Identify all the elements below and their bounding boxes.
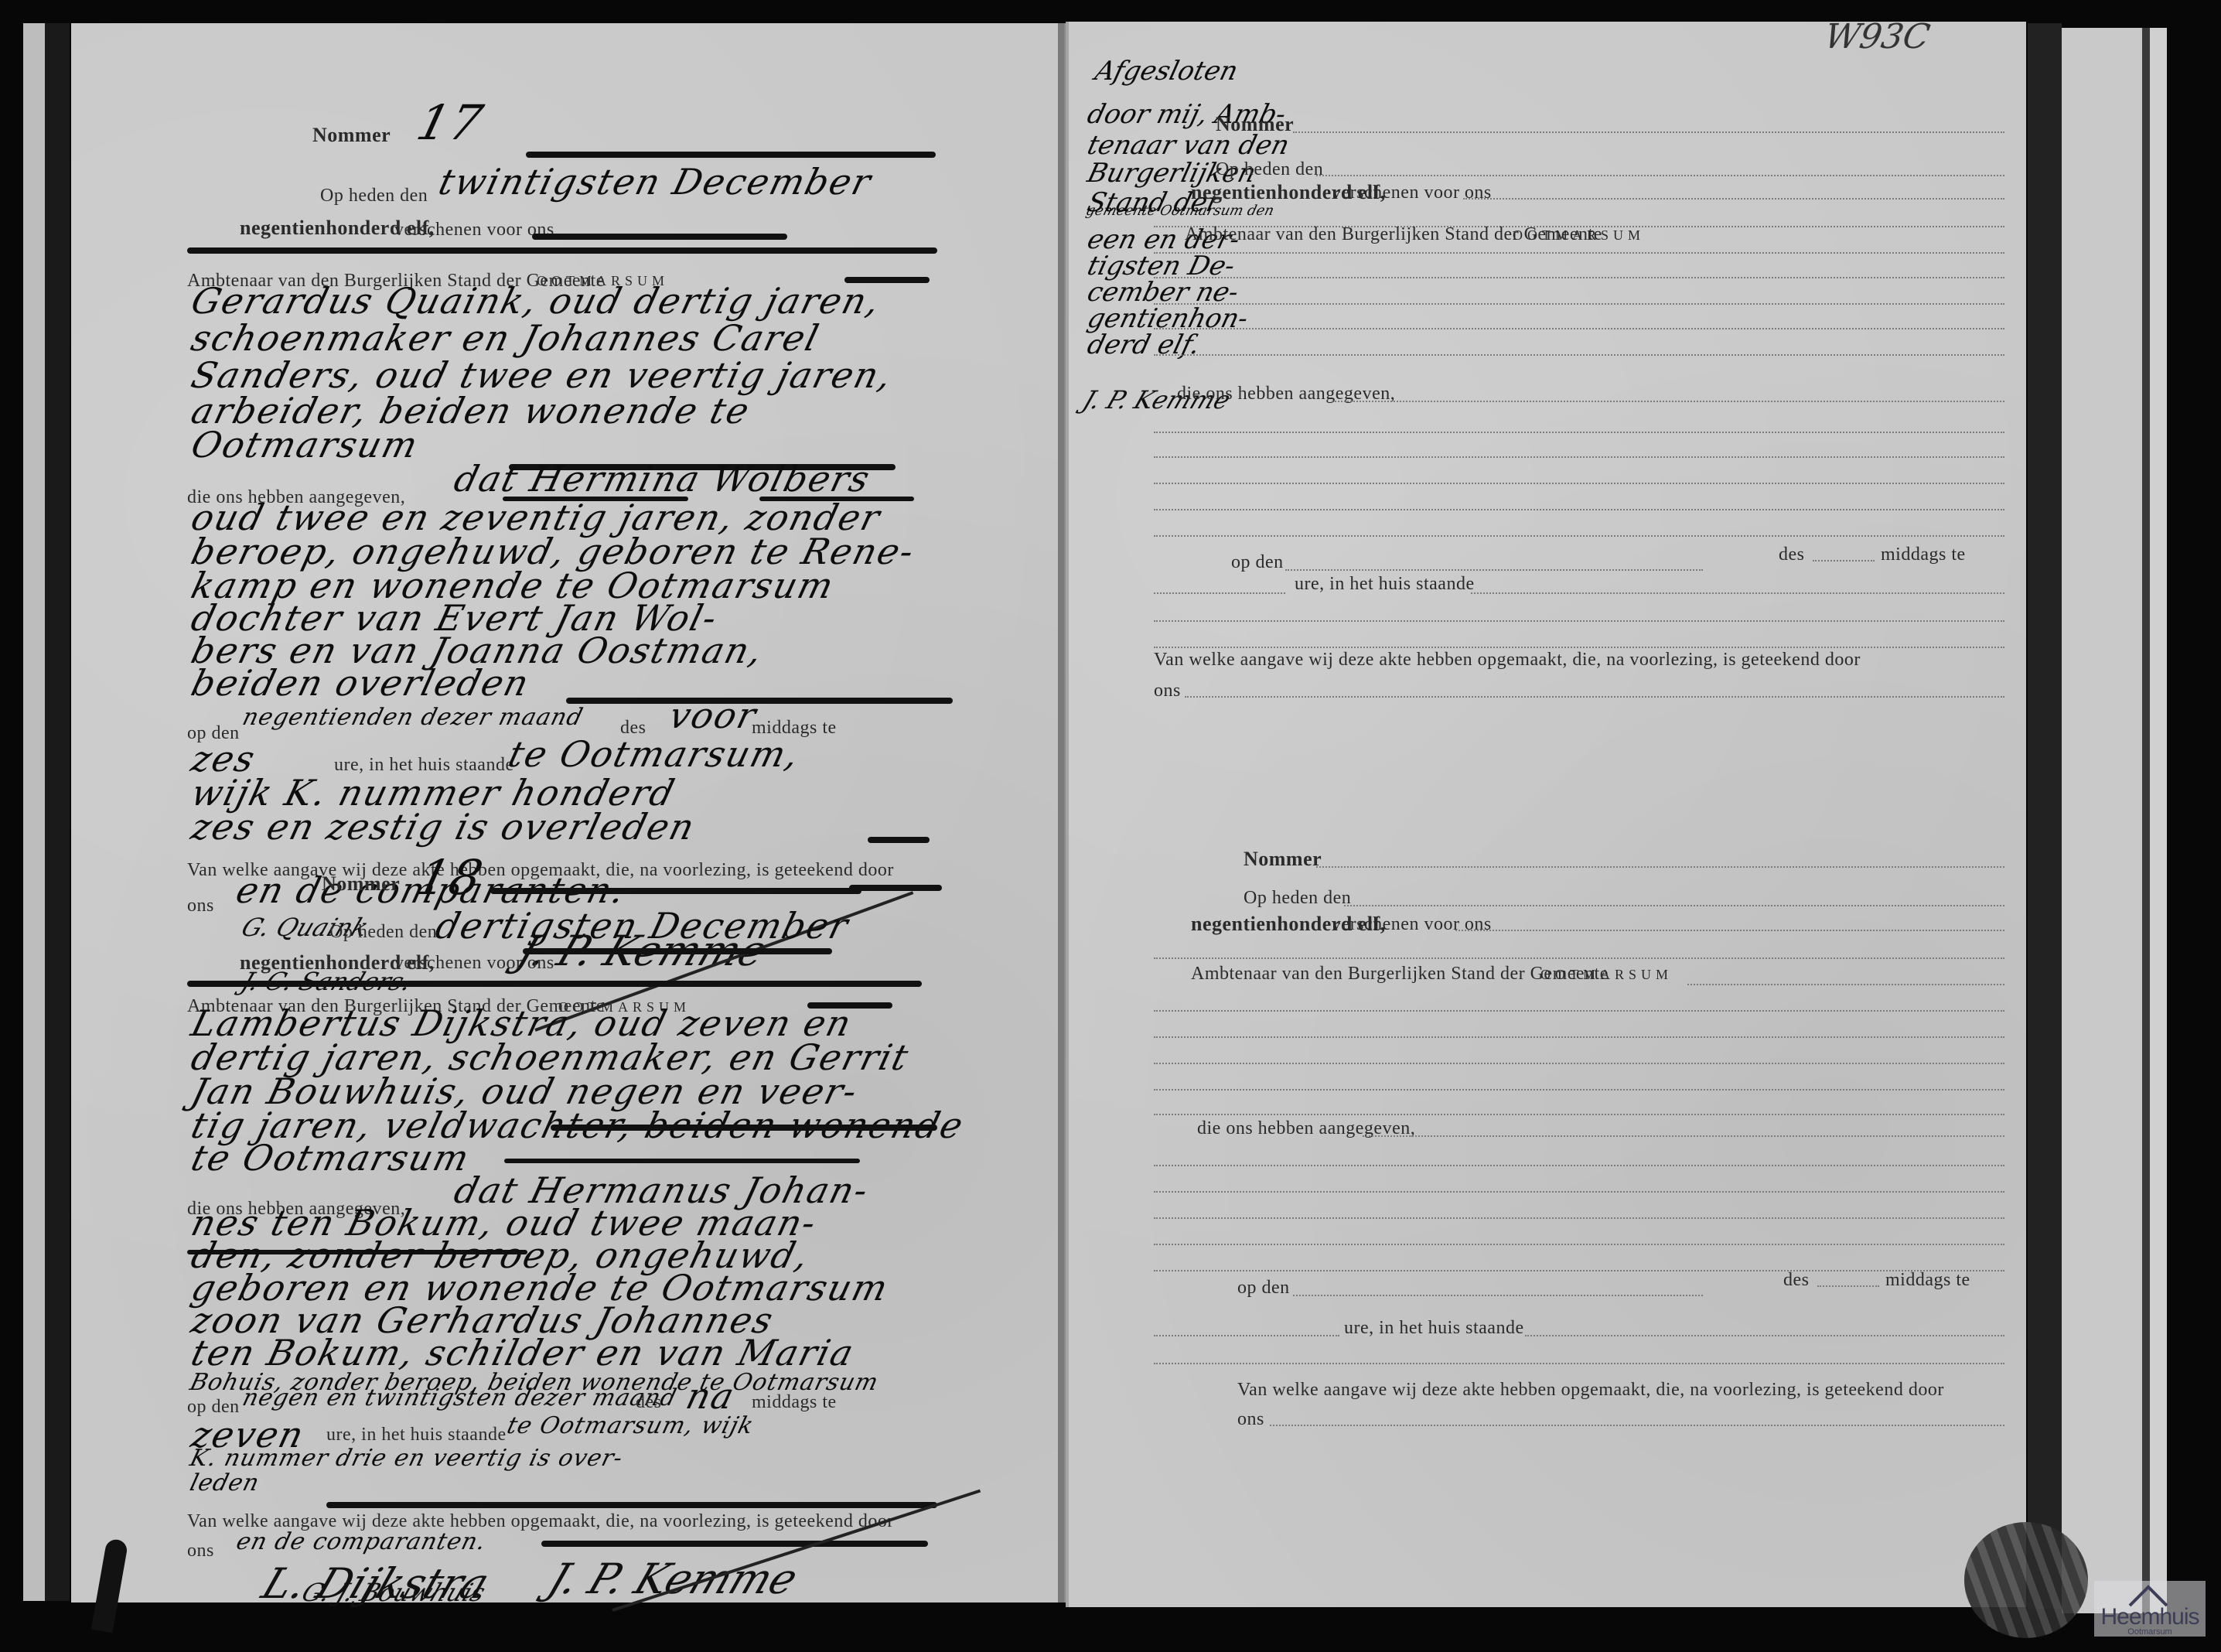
ons-label: ons	[187, 896, 214, 916]
op-heden-label: Op heden den	[329, 922, 437, 943]
fill-field	[1154, 1165, 2004, 1166]
name-underline	[504, 1159, 860, 1163]
fill-rule	[523, 948, 832, 954]
ure-label: ure, in het huis staande	[1295, 574, 1475, 595]
declarant-line: schoenmaker en Johannes Carel	[187, 317, 824, 359]
declarant-line: Ootmarsum	[187, 424, 423, 466]
hour-field	[1154, 1335, 1339, 1336]
fill-field	[1154, 456, 2004, 458]
middags-label: middags te	[1881, 544, 1966, 565]
death-day: negen en twintigsten dezer maand	[240, 1384, 680, 1411]
death-place: te Ootmarsum, wijk	[504, 1412, 756, 1439]
op-heden-label: Op heden den	[1216, 159, 1323, 180]
fill-rule	[490, 888, 861, 894]
op-heden-label: Op heden den	[320, 186, 428, 206]
verschenen-label: verschenen voor ons	[394, 953, 554, 974]
fill-field	[1154, 354, 2004, 356]
des-label: des	[636, 1392, 662, 1413]
nommer-label: Nommer	[312, 124, 391, 147]
fill-field	[1154, 1036, 2004, 1038]
fill-field	[1154, 647, 2004, 648]
verschenen-label: verschenen voor ons	[1332, 914, 1492, 935]
ons-label: ons	[1154, 681, 1181, 701]
record-date: dertigsten December	[432, 905, 854, 947]
date-field	[1293, 1295, 1703, 1296]
half-field	[1817, 1285, 1879, 1287]
op-heden-label: Op heden den	[1244, 888, 1351, 909]
op-den-label: op den	[1237, 1278, 1290, 1299]
fill-rule	[551, 1125, 937, 1131]
fill-field	[1154, 328, 2004, 329]
heemhuis-watermark: Heemhuis Ootmarsum	[2094, 1581, 2206, 1637]
fill-rule	[187, 981, 922, 987]
hour-field	[1154, 592, 1285, 594]
binding-edge-left	[23, 23, 46, 1601]
death-place: te Ootmarsum,	[504, 733, 804, 775]
date-field	[1316, 175, 2004, 176]
van-welke-label: Van welke aangave wij deze akte hebben o…	[1154, 650, 1861, 671]
scanned-register-spread: Nommer 17 Op heden den twintigsten Decem…	[0, 0, 2221, 1652]
middags-label: middags te	[752, 1392, 837, 1413]
fill-rule	[526, 152, 936, 158]
left-page: Nommer 17 Op heden den twintigsten Decem…	[71, 23, 1066, 1603]
deceased-line: ten Bokum, schilder en van Maria	[187, 1332, 859, 1374]
death-place-line: K. nummer drie en veertig is over-	[187, 1445, 626, 1472]
fill-field	[1154, 1010, 2004, 1012]
fill-field	[1154, 1217, 2004, 1219]
place-field	[1525, 1335, 2004, 1336]
signed-by: en de comparanten.	[234, 1528, 489, 1555]
fill-field	[1154, 1114, 2004, 1115]
binding-shadow-left	[45, 23, 70, 1601]
fill-field	[1154, 620, 2004, 622]
date-field	[1344, 905, 2004, 906]
note-line: derd elf.	[1084, 329, 1203, 360]
ons-label: ons	[1237, 1409, 1264, 1430]
van-welke-label: Van welke aangave wij deze akte hebben o…	[1237, 1380, 1944, 1401]
ure-label: ure, in het huis staande	[1344, 1318, 1524, 1339]
page-gutter	[1058, 23, 1064, 1603]
watermark-subtitle: Ootmarsum	[2094, 1627, 2206, 1637]
deceased-line: beiden overleden	[187, 662, 534, 704]
record-date: twintigsten December	[435, 161, 876, 203]
fill-field	[1154, 535, 2004, 537]
right-page: Afgesloten door mij, Amb- tenaar van den…	[1066, 22, 2026, 1607]
middags-label: middags te	[1885, 1270, 1970, 1291]
fill-field	[1463, 198, 2004, 200]
binding-line-right	[2142, 28, 2150, 1613]
fill-field	[1154, 277, 2004, 278]
ure-label: ure, in het huis staande	[326, 1425, 507, 1445]
death-day: negentienden dezer maand	[240, 704, 586, 731]
fill-field	[1154, 1270, 2004, 1271]
fill-field	[1154, 1063, 2004, 1064]
fill-field	[1455, 930, 2004, 931]
des-label: des	[1783, 1270, 1810, 1291]
half-of-day: na	[682, 1375, 740, 1417]
ons-label: ons	[187, 1541, 214, 1562]
fill-field	[1154, 432, 2004, 433]
signature: G. J. Bouwhuis	[298, 1578, 490, 1607]
fill-field	[1154, 509, 2004, 510]
note-line: gemeente Ootmarsum den	[1084, 203, 1276, 219]
fill-field	[1154, 1191, 2004, 1193]
declarant-line: Gerardus Quaink, oud dertig jaren,	[187, 280, 885, 322]
signed-field	[1185, 696, 2004, 698]
half-of-day: voor	[665, 695, 762, 736]
fill-field	[1154, 1363, 2004, 1364]
fill-rule	[187, 247, 937, 254]
date-field	[1285, 569, 1703, 571]
verschenen-label: verschenen voor ons	[1332, 183, 1492, 203]
fill-rule	[849, 885, 942, 891]
page-edge-right	[2150, 28, 2167, 1613]
death-place-line: zes en zestig is overleden	[187, 806, 700, 848]
fabric-object	[1964, 1522, 2088, 1638]
verschenen-label: verschenen voor ons	[394, 220, 554, 241]
fill-field	[1154, 1244, 2004, 1245]
archive-mark: W93C	[1822, 17, 1933, 56]
death-place-line: leden	[187, 1469, 262, 1497]
gemeente-name: OOTMARSUM	[1540, 967, 1673, 983]
deceased-name: dat Hermina Wolbers	[450, 458, 875, 500]
fill-field	[1687, 984, 2004, 985]
note-line: Afgesloten	[1092, 56, 1241, 87]
declarant-line: te Ootmarsum	[187, 1137, 475, 1179]
signed-field	[1270, 1425, 2004, 1426]
fill-field	[1332, 401, 2004, 402]
fill-field	[1154, 1089, 2004, 1091]
fill-rule	[868, 837, 930, 843]
fill-rule	[326, 1502, 937, 1508]
fill-field	[1154, 483, 2004, 484]
watermark-name: Heemhuis	[2094, 1604, 2206, 1630]
binding-shadow-right	[2028, 23, 2062, 1609]
des-label: des	[1779, 544, 1805, 565]
nommer-field	[1316, 866, 2004, 868]
place-field	[1471, 592, 2004, 594]
fill-field	[1154, 252, 2004, 254]
fill-field	[1363, 1135, 2004, 1137]
fill-field	[1154, 303, 2004, 305]
nommer-label: Nommer	[1244, 848, 1322, 871]
half-field	[1813, 560, 1875, 561]
nommer-label: Nommer	[1216, 113, 1294, 136]
nommer-field	[1293, 131, 2004, 133]
nommer-label: Nommer	[322, 872, 400, 896]
record-number: 17	[411, 94, 490, 151]
fill-field	[1154, 957, 2004, 959]
op-den-label: op den	[1231, 552, 1284, 573]
fill-rule	[541, 1541, 928, 1547]
fill-rule	[532, 234, 787, 240]
gemeente-name: OOTMARSUM	[1513, 227, 1645, 244]
